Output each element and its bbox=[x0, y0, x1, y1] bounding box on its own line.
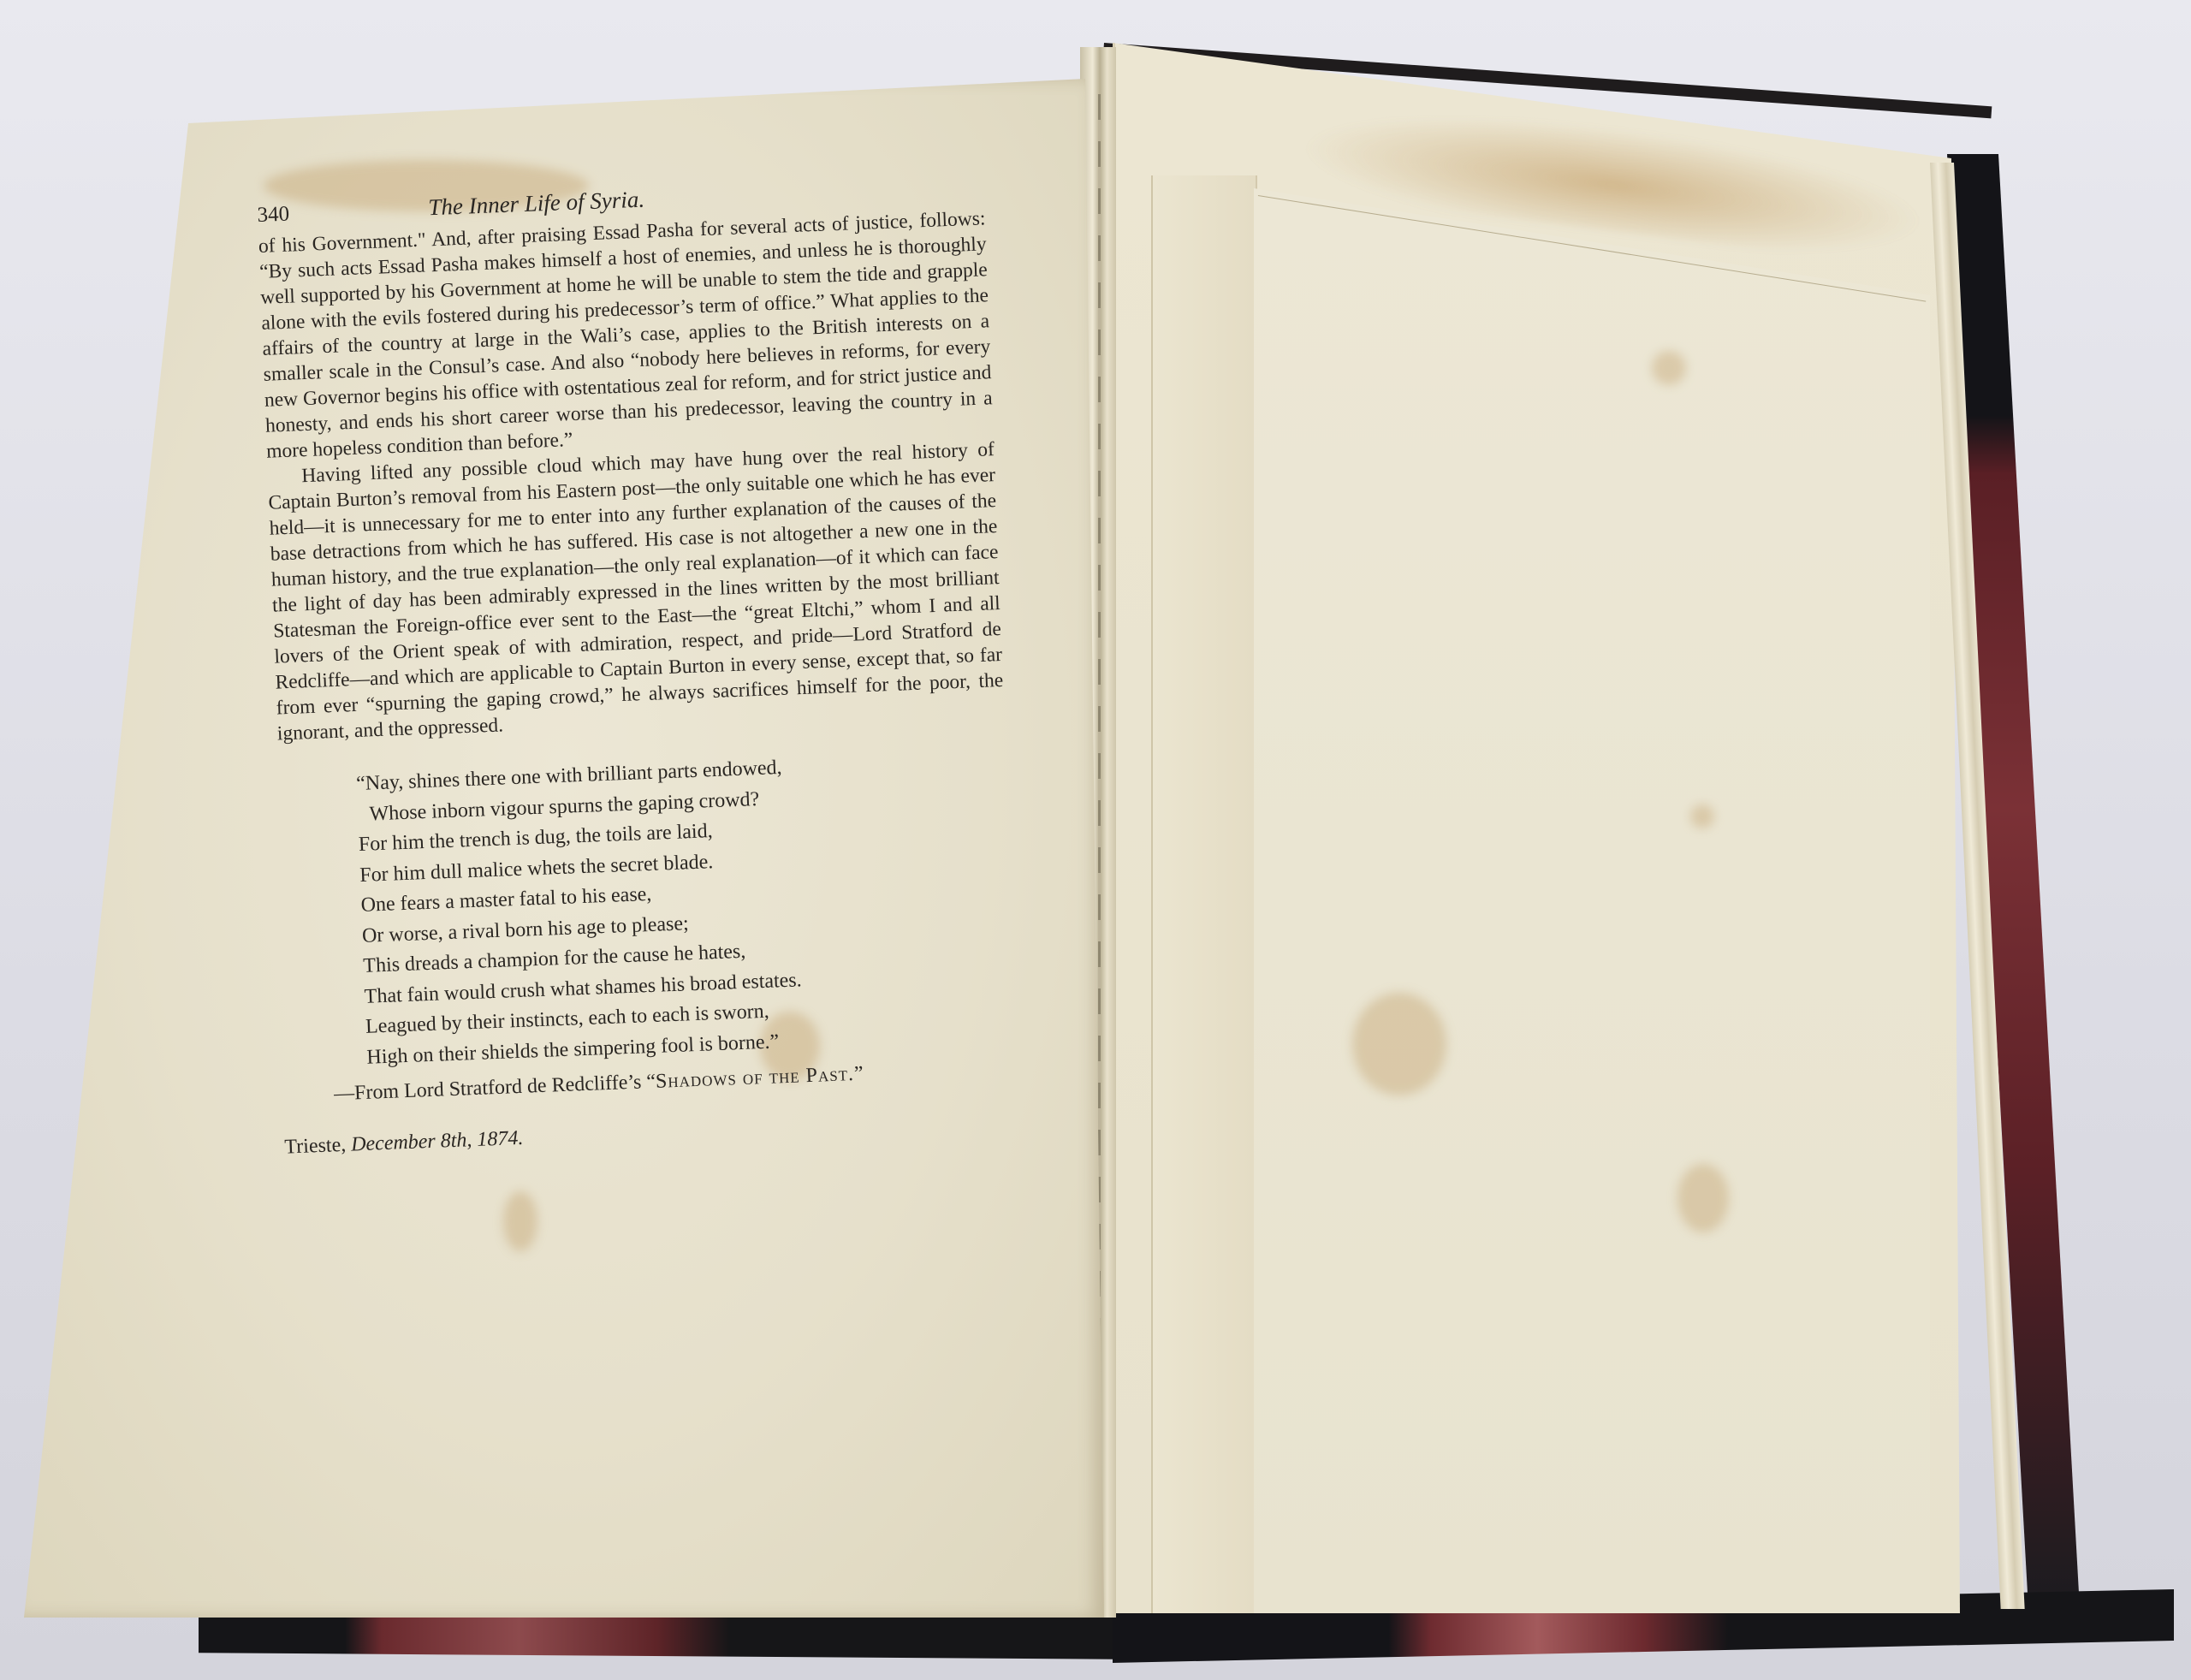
body-paragraph: Having lifted any possible cloud which m… bbox=[267, 436, 1005, 746]
page-number: 340 bbox=[257, 196, 429, 229]
open-book: 340 The Inner Life of Syria. of his Gove… bbox=[0, 0, 2191, 1680]
foxing-spot bbox=[1652, 351, 1686, 385]
dateline-place: Trieste, bbox=[284, 1133, 352, 1158]
poem-quotation: “Nay, shines there one with brilliant pa… bbox=[356, 745, 1019, 1108]
endpaper-inner-panel bbox=[1254, 188, 1930, 1613]
foxing-spot bbox=[1677, 1164, 1729, 1232]
body-paragraph: of his Government." And, after praising … bbox=[258, 205, 994, 464]
foxing-spot bbox=[503, 1191, 537, 1251]
attribution-prefix: —From Lord Stratford de Redcliffe’s “ bbox=[334, 1071, 656, 1105]
endpaper-hinge-strip bbox=[1151, 175, 1257, 1613]
foxing-spot bbox=[1352, 993, 1446, 1095]
dateline-date: December 8th, 1874. bbox=[351, 1126, 524, 1155]
attribution-suffix: ” bbox=[854, 1063, 864, 1085]
left-page-text: 340 The Inner Life of Syria. of his Gove… bbox=[257, 173, 1020, 1159]
attribution-work-title: Shadows of the Past. bbox=[655, 1063, 854, 1093]
foxing-spot bbox=[1690, 804, 1714, 828]
